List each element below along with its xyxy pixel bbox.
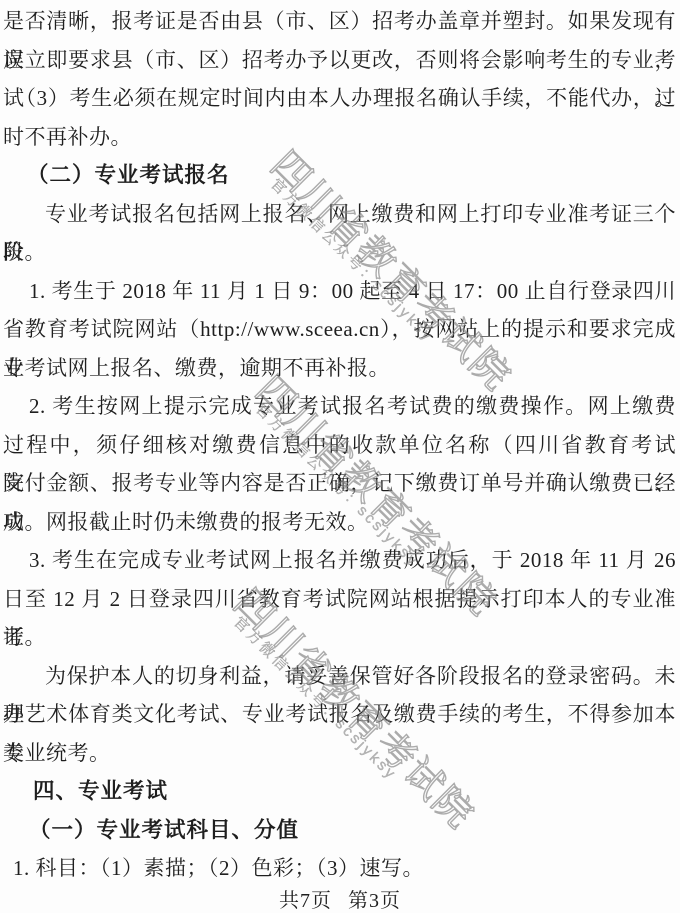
text-line: 为保护本人的切身利益，请妥善保管好各阶段报名的登录密码。未办 <box>3 657 676 696</box>
text-line: 业考试网上报名、缴费，逾期不再补报。 <box>3 349 676 388</box>
section-heading: （一）专业考试科目、分值 <box>3 811 676 850</box>
text-line: 日至 12 月 2 日登录四川省教育考试院网站根据提示打印本人的专业准考 <box>3 580 676 619</box>
text-line: 时不再补办。 <box>3 118 676 157</box>
text-line: 1. 科目：（1）素描；（2）色彩；（3）速写。 <box>3 849 676 888</box>
text-line: 省教育考试院网站（http://www.sceea.cn），按网站上的提示和要求… <box>3 310 676 349</box>
page-footer: 共7页第3页 <box>0 884 680 913</box>
section-heading: （二）专业考试报名 <box>3 156 676 195</box>
section-heading: 四、专业考试 <box>3 772 676 811</box>
text-line: 专业考试报名包括网上报名、网上缴费和网上打印专业准考证三个阶 <box>3 195 676 234</box>
document-body: 是否清晰，报考证是否由县（市、区）招考办盖章并塑封。如果发现有误， 应立即要求县… <box>3 2 676 888</box>
text-line: 是否清晰，报考证是否由县（市、区）招考办盖章并塑封。如果发现有误， <box>3 2 676 41</box>
text-line: （3）考生必须在规定时间内由本人办理报名确认手续，不能代办，过 <box>3 79 676 118</box>
text-line: 1. 考生于 2018 年 11 月 1 日 9：00 起至 4 日 17：00… <box>3 272 676 311</box>
footer-total-pages: 共7页 <box>279 890 332 912</box>
document-page: 是否清晰，报考证是否由县（市、区）招考办盖章并塑封。如果发现有误， 应立即要求县… <box>0 0 680 913</box>
text-line: 2. 考生按网上提示完成专业考试报名考试费的缴费操作。网上缴费 <box>3 387 676 426</box>
text-line: 专业统考。 <box>3 734 676 773</box>
text-line: 理艺术体育类文化考试、专业考试报名及缴费手续的考生，不得参加本类 <box>3 695 676 734</box>
footer-current-page: 第3页 <box>348 890 401 912</box>
text-line: 应立即要求县（市、区）招考办予以更改，否则将会影响考生的专业考试。 <box>3 41 676 80</box>
text-line: 3. 考生在完成专业考试网上报名并缴费成功后，于 2018 年 11 月 26 <box>3 541 676 580</box>
text-line: 证。 <box>3 618 676 657</box>
text-line: 支付金额、报考专业等内容是否正确，记下缴费订单号并确认缴费已经成 <box>3 464 676 503</box>
text-line: 功。网报截止时仍未缴费的报考无效。 <box>3 503 676 542</box>
text-line: 过程中，须仔细核对缴费信息中的收款单位名称（四川省教育考试院）、 <box>3 426 676 465</box>
text-line: 段。 <box>3 233 676 272</box>
